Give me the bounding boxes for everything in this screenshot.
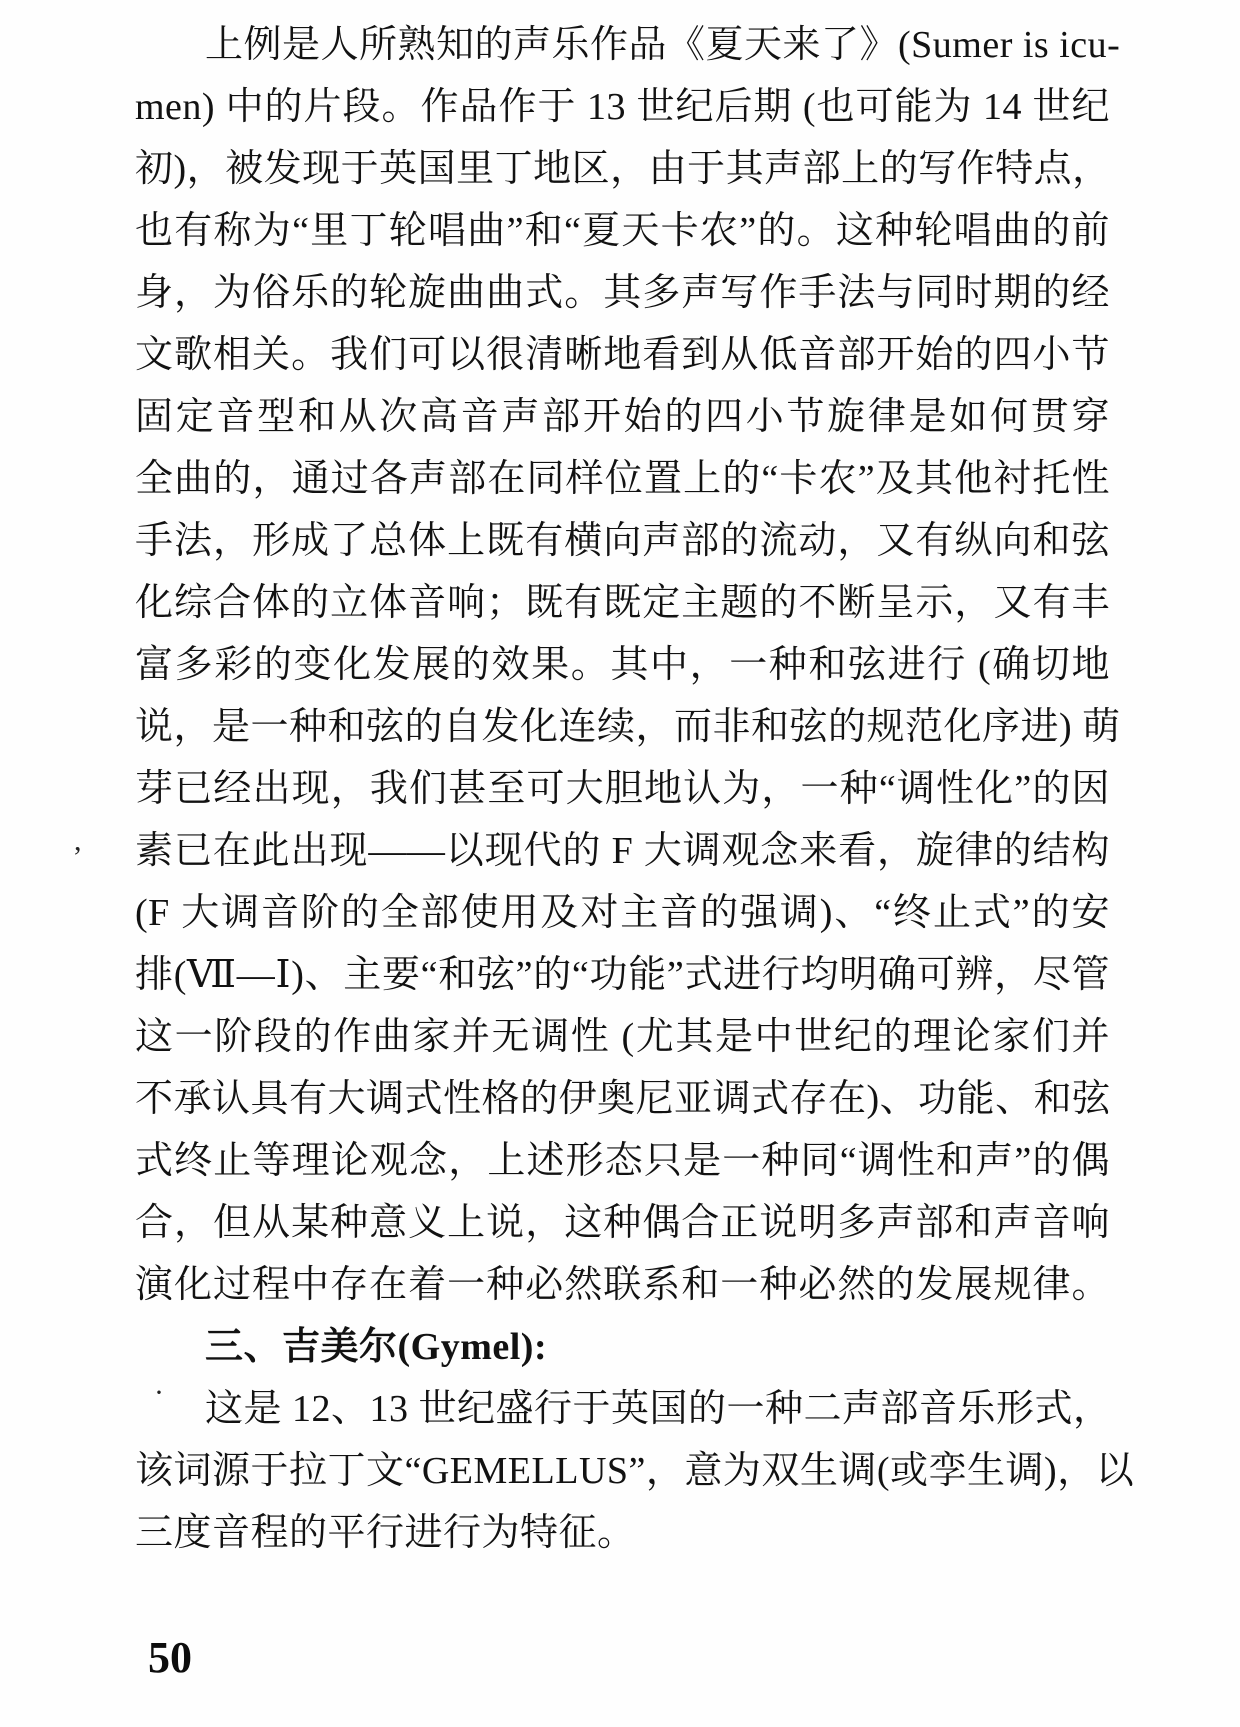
text-line: 芽已经出现，我们甚至可大胆地认为，一种“调性化”的因 xyxy=(135,758,1110,820)
text-line: 说，是一种和弦的自发化连续，而非和弦的规范化序进) 萌 xyxy=(135,696,1110,758)
text-line: 素已在此出现——以现代的 F 大调观念来看，旋律的结构 xyxy=(135,820,1110,882)
page-text: 上例是人所熟知的声乐作品《夏天来了》(Sumer is icu- men) 中的… xyxy=(135,14,1110,1564)
margin-stray-mark: · xyxy=(154,1378,164,1408)
text-line: 该词源于拉丁文“GEMELLUS”，意为双生调(或孪生调)，以 xyxy=(135,1440,1110,1502)
text-line: 这是 12、13 世纪盛行于英国的一种二声部音乐形式， xyxy=(135,1378,1110,1440)
text-line: 化综合体的立体音响；既有既定主题的不断呈示，又有丰 xyxy=(135,572,1110,634)
text-line: 初)，被发现于英国里丁地区，由于其声部上的写作特点， xyxy=(135,138,1110,200)
text-line: 上例是人所熟知的声乐作品《夏天来了》(Sumer is icu- xyxy=(135,14,1110,76)
text-line: 合，但从某种意义上说，这种偶合正说明多声部和声音响 xyxy=(135,1192,1110,1254)
text-line: 文歌相关。我们可以很清晰地看到从低音部开始的四小节 xyxy=(135,324,1110,386)
section-heading: 三、吉美尔(Gymel): xyxy=(135,1316,1110,1378)
text-line: 演化过程中存在着一种必然联系和一种必然的发展规律。 xyxy=(135,1254,1110,1316)
text-line: men) 中的片段。作品作于 13 世纪后期 (也可能为 14 世纪 xyxy=(135,76,1110,138)
text-line: 也有称为“里丁轮唱曲”和“夏天卡农”的。这种轮唱曲的前 xyxy=(135,200,1110,262)
text-line: 式终止等理论观念，上述形态只是一种同“调性和声”的偶 xyxy=(135,1130,1110,1192)
text-line: 身，为俗乐的轮旋曲曲式。其多声写作手法与同时期的经 xyxy=(135,262,1110,324)
book-page: 上例是人所熟知的声乐作品《夏天来了》(Sumer is icu- men) 中的… xyxy=(0,0,1240,1727)
text-line: 这一阶段的作曲家并无调性 (尤其是中世纪的理论家们并 xyxy=(135,1006,1110,1068)
text-line: 富多彩的变化发展的效果。其中，一种和弦进行 (确切地 xyxy=(135,634,1110,696)
text-line: 全曲的，通过各声部在同样位置上的“卡农”及其他衬托性 xyxy=(135,448,1110,510)
page-number: 50 xyxy=(148,1632,192,1683)
margin-stray-mark: , xyxy=(74,826,82,856)
text-line: 不承认具有大调式性格的伊奥尼亚调式存在)、功能、和弦 xyxy=(135,1068,1110,1130)
text-line: (F 大调音阶的全部使用及对主音的强调)、“终止式”的安 xyxy=(135,882,1110,944)
text-line: 固定音型和从次高音声部开始的四小节旋律是如何贯穿 xyxy=(135,386,1110,448)
text-line: 手法，形成了总体上既有横向声部的流动，又有纵向和弦 xyxy=(135,510,1110,572)
text-line: 三度音程的平行进行为特征。 xyxy=(135,1502,1110,1564)
text-line: 排(Ⅶ—Ⅰ)、主要“和弦”的“功能”式进行均明确可辨，尽管 xyxy=(135,944,1110,1006)
